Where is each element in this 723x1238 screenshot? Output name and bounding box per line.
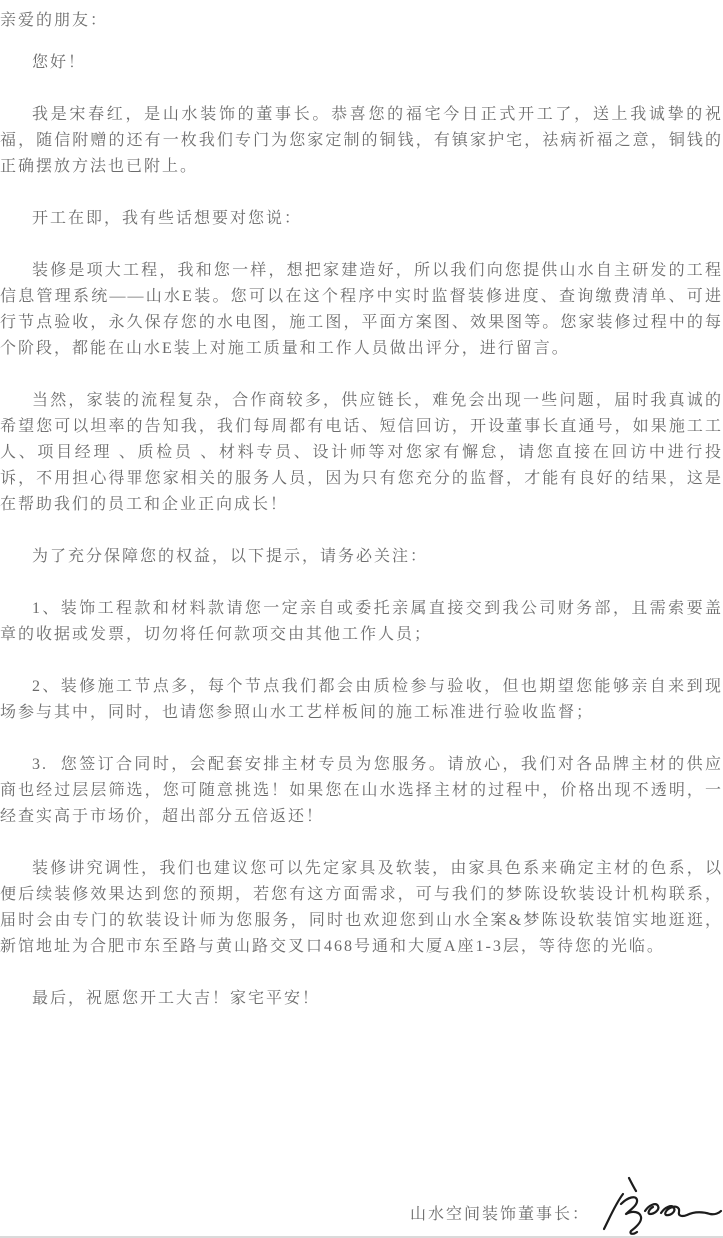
letter-paragraph: 3. 您签订合同时，会配套安排主材专员为您服务。请放心，我们对各品牌主材的供应商… — [0, 752, 723, 830]
letter-body: 亲爱的朋友： 您好！ 我是宋春红，是山水装饰的董事长。恭喜您的福宅今日正式开工了… — [0, 0, 723, 1012]
signature-title-label: 山水空间装饰董事长： — [410, 1202, 590, 1228]
letter-paragraph: 您好！ — [0, 50, 723, 76]
letter-salutation: 亲爱的朋友： — [0, 8, 723, 34]
letter-paragraph: 1、装饰工程款和材料款请您一定亲自或委托亲属直接交到我公司财务部，且需索要盖章的… — [0, 596, 723, 648]
letter-paragraph: 为了充分保障您的权益，以下提示，请务必关注： — [0, 544, 723, 570]
letter-paragraph: 装修讲究调性，我们也建议您可以先定家具及软装，由家具色系来确定主材的色系，以便后… — [0, 856, 723, 960]
letter-paragraph: 2、装修施工节点多，每个节点我们都会由质检参与验收，但也期望您能够亲自来到现场参… — [0, 674, 723, 726]
letter-paragraph: 我是宋春红，是山水装饰的董事长。恭喜您的福宅今日正式开工了，送上我诚挚的祝福，随… — [0, 102, 723, 180]
letter-paragraph: 当然，家装的流程复杂，合作商较多，供应链长，难免会出现一些问题，届时我真诚的希望… — [0, 388, 723, 518]
handwritten-signature-icon — [585, 1150, 723, 1236]
letter-paragraph: 装修是项大工程，我和您一样，想把家建造好，所以我们向您提供山水自主研发的工程信息… — [0, 258, 723, 362]
letter-paragraph: 开工在即，我有些话想要对您说： — [0, 206, 723, 232]
letter-page: 亲爱的朋友： 您好！ 我是宋春红，是山水装饰的董事长。恭喜您的福宅今日正式开工了… — [0, 0, 723, 1238]
letter-paragraph: 最后，祝愿您开工大吉！家宅平安！ — [0, 986, 723, 1012]
